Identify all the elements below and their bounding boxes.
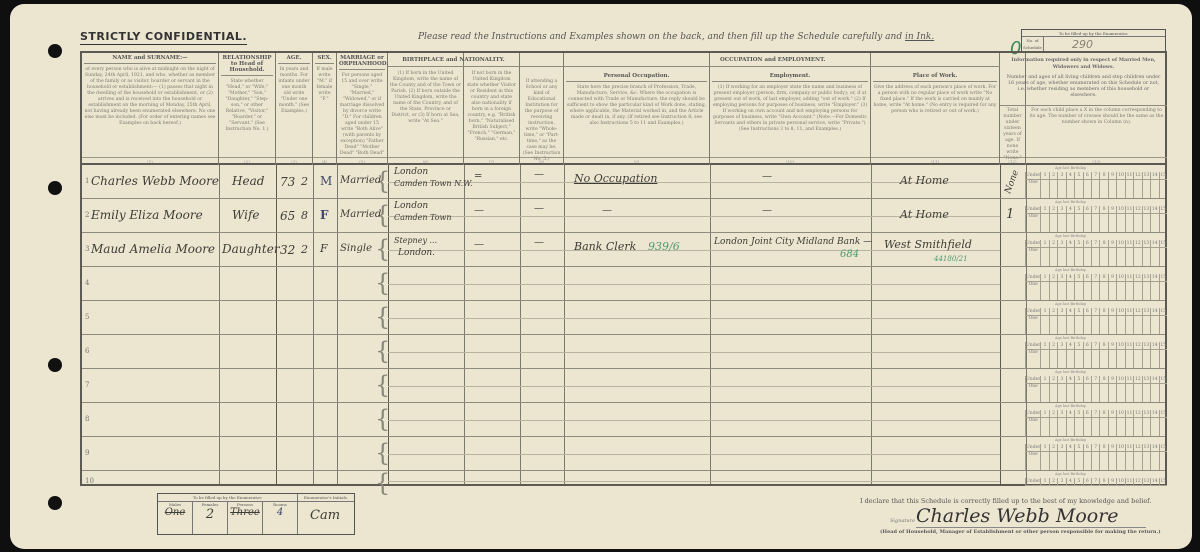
- children-age-grid: Age last Birthday.Under One1234567891011…: [1025, 268, 1167, 302]
- place-code: 44180/21: [934, 255, 968, 263]
- entry-occupation: —: [602, 205, 612, 216]
- header-nationality: If not born in the United Kingdom state …: [464, 53, 520, 165]
- entry-birthplace: London.: [398, 248, 435, 258]
- schedule-number-box: To be filled up by the Enumerator. No. o…: [1021, 29, 1166, 52]
- table-header: NAME and SURNAME:—of every person who is…: [82, 53, 1165, 165]
- header-married-info: Information required only in respect of …: [1000, 53, 1167, 106]
- entry-birthplace: Camden Town N.W.: [394, 179, 473, 188]
- table-row: 5: [82, 301, 1165, 335]
- entry-education: —: [534, 169, 544, 180]
- entry-employment: —: [762, 171, 772, 182]
- children-age-grid: Age last Birthday.Under One1234567891011…: [1025, 438, 1167, 472]
- entry-employment: London Joint City Midland Bank —: [714, 237, 872, 247]
- declaration-text: I declare that this Schedule is correctl…: [860, 497, 1151, 505]
- header-relationship: RELATIONSHIP to Head of Household.State …: [219, 53, 276, 165]
- entry-sex: M: [320, 174, 332, 188]
- group-occupation: OCCUPATION and EMPLOYMENT.: [520, 53, 1000, 67]
- occupation-code: 939/6: [648, 240, 680, 253]
- entry-name: Maud Amelia Moore: [91, 242, 215, 256]
- binder-hole: [48, 44, 62, 58]
- entry-occupation: No Occupation: [574, 172, 657, 185]
- header-name: NAME and SURNAME:—of every person who is…: [82, 53, 219, 165]
- entry-place-of-work: West Smithfield: [884, 238, 972, 251]
- entry-age-years: 32: [280, 243, 295, 257]
- header-birthplace: (1) If born in the United Kingdom, write…: [388, 53, 464, 165]
- entry-birthplace: Camden Town: [394, 213, 452, 222]
- header-marriage: MARRIAGE or ORPHANHOOD.For persons aged …: [337, 53, 388, 165]
- entry-name: Emily Eliza Moore: [91, 208, 203, 222]
- entry-age-years: 65: [280, 209, 295, 223]
- enum-males: MalesOne: [158, 502, 193, 534]
- children-age-grid: Age last Birthday.Under One1234567891011…: [1025, 200, 1167, 234]
- entry-birthplace: London: [394, 201, 428, 211]
- entry-place-of-work: At Home: [900, 208, 949, 221]
- entry-age-months: 8: [301, 209, 308, 222]
- entry-age-months: 2: [301, 175, 308, 188]
- entry-marital: Married: [340, 175, 381, 186]
- enumerator-initials: Cam: [310, 508, 340, 523]
- entry-name: Charles Webb Moore: [91, 174, 219, 188]
- enum-females: Females2: [193, 502, 228, 534]
- employment-code: 684: [840, 249, 859, 260]
- entry-age-months: 2: [301, 243, 308, 256]
- entry-marital: Single: [340, 243, 372, 254]
- table-row: 9: [82, 437, 1165, 471]
- entry-nationality: —: [474, 239, 484, 250]
- binder-hole: [48, 181, 62, 195]
- entry-nationality: —: [474, 205, 484, 216]
- entry-sex: F: [320, 208, 329, 222]
- entry-education: —: [534, 237, 544, 248]
- group-birthplace: BIRTHPLACE and NATIONALITY.: [388, 53, 520, 67]
- enum-persons: PersonsThree: [228, 502, 263, 534]
- children-age-grid: Age last Birthday.Under One1234567891011…: [1025, 472, 1167, 486]
- table-row: 4: [82, 267, 1165, 301]
- entry-occupation: Bank Clerk: [574, 240, 636, 253]
- form-instruction: Please read the Instructions and Example…: [418, 32, 934, 42]
- entry-children-total: 1: [1006, 207, 1014, 222]
- table-row: 8: [82, 403, 1165, 437]
- entry-sex: F: [320, 242, 328, 255]
- table-row: 7: [82, 369, 1165, 403]
- entry-nationality: =: [474, 171, 482, 182]
- form-title: STRICTLY CONFIDENTIAL.: [80, 30, 247, 45]
- header-sex: SEX.If male write "M." if female write "…: [313, 53, 337, 165]
- table-row: 6: [82, 335, 1165, 369]
- binder-hole: [48, 358, 62, 372]
- header-employment: Employment.(1) If working for an employe…: [710, 53, 871, 165]
- header-place-of-work: Place of Work.Give the address of each p…: [871, 53, 1000, 165]
- entry-education: —: [534, 203, 544, 214]
- entry-relationship: Head: [232, 174, 264, 188]
- signature: Charles Webb Moore: [916, 505, 1146, 528]
- entry-birthplace: London: [394, 167, 428, 177]
- children-age-grid: Age last Birthday.Under One1234567891011…: [1025, 166, 1167, 200]
- entry-birthplace: Stepney ...: [394, 236, 437, 245]
- entry-place-of-work: At Home: [900, 174, 949, 187]
- children-age-grid: Age last Birthday.Under One1234567891011…: [1025, 404, 1167, 438]
- entry-relationship: Daughter: [222, 242, 280, 256]
- signature-note: (Head of Household, Manager of Establish…: [880, 529, 1161, 535]
- binder-hole: [48, 496, 62, 510]
- enum-rooms: Rooms4: [263, 502, 298, 534]
- entry-employment: —: [762, 205, 772, 216]
- children-age-grid: Age last Birthday.Under One1234567891011…: [1025, 234, 1167, 268]
- entry-relationship: Wife: [232, 208, 260, 222]
- census-table: NAME and SURNAME:—of every person who is…: [80, 51, 1167, 486]
- entry-marital: Married: [340, 209, 381, 220]
- schedule-number: 290: [1072, 38, 1093, 51]
- header-education: If attending a School or any kind of Edu…: [520, 53, 564, 165]
- children-age-grid: Age last Birthday.Under One1234567891011…: [1025, 370, 1167, 404]
- header-age: AGE.In years and months. For infants und…: [276, 53, 313, 165]
- children-age-grid: Age last Birthday.Under One1234567891011…: [1025, 302, 1167, 336]
- entry-age-years: 73: [280, 175, 295, 189]
- enumerator-box: To be filled up by the Enumerator. Enume…: [157, 493, 355, 535]
- signature-label: Signature: [890, 518, 915, 524]
- children-age-grid: Age last Birthday.Under One1234567891011…: [1025, 336, 1167, 370]
- header-personal-occupation: Personal Occupation.State here the preci…: [564, 53, 710, 165]
